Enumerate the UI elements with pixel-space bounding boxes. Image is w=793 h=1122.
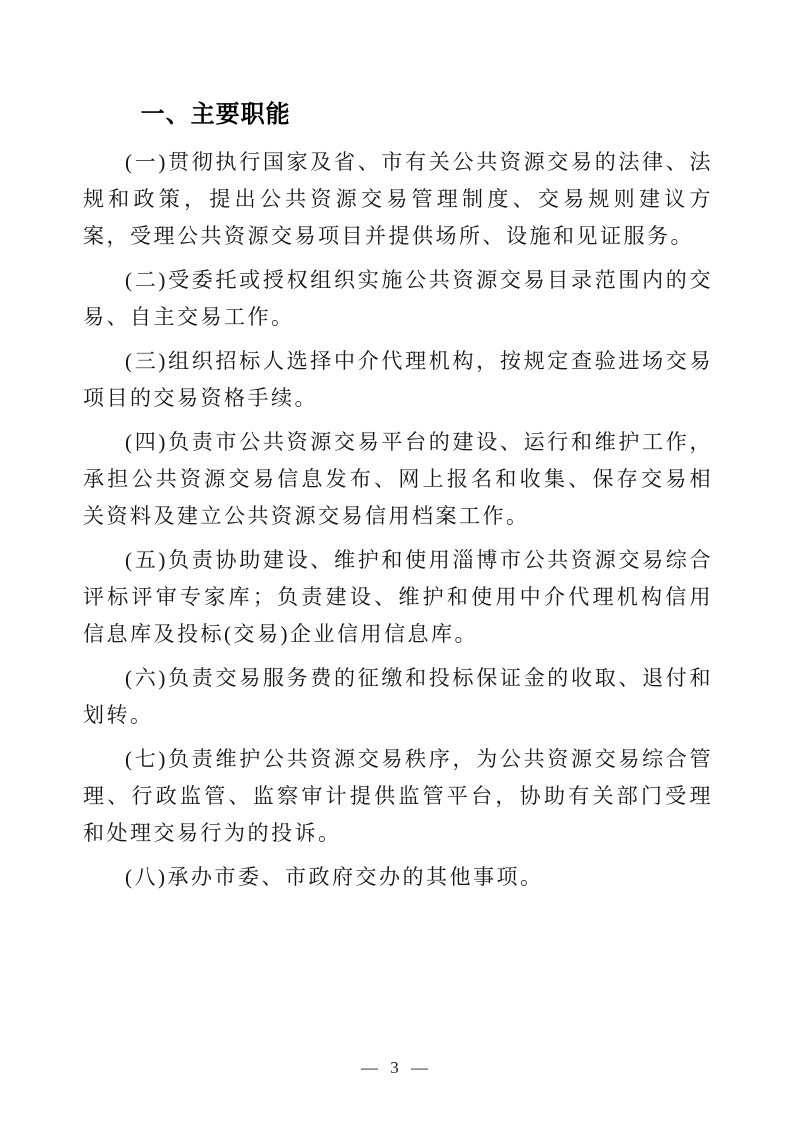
paragraph-1: (一)贯彻执行国家及省、市有关公共资源交易的法律、法规和政策，提出公共资源交易管…	[83, 144, 713, 255]
section-heading: 一、主要职能	[83, 100, 713, 130]
paragraph-6: (六)负责交易服务费的征缴和投标保证金的收取、退付和划转。	[83, 660, 713, 734]
document-page: 一、主要职能 (一)贯彻执行国家及省、市有关公共资源交易的法律、法规和政策，提出…	[0, 0, 793, 1122]
document-body: 一、主要职能 (一)贯彻执行国家及省、市有关公共资源交易的法律、法规和政策，提出…	[83, 100, 713, 903]
page-number: — 3 —	[0, 1058, 793, 1078]
paragraph-5: (五)负责协助建设、维护和使用淄博市公共资源交易综合评标评审专家库；负责建设、维…	[83, 542, 713, 653]
paragraph-7: (七)负责维护公共资源交易秩序，为公共资源交易综合管理、行政监管、监察审计提供监…	[83, 741, 713, 852]
paragraph-3: (三)组织招标人选择中介代理机构，按规定查验进场交易项目的交易资格手续。	[83, 343, 713, 417]
paragraph-2: (二)受委托或授权组织实施公共资源交易目录范围内的交易、自主交易工作。	[83, 262, 713, 336]
paragraph-4: (四)负责市公共资源交易平台的建设、运行和维护工作，承担公共资源交易信息发布、网…	[83, 424, 713, 535]
paragraph-8: (八)承办市委、市政府交办的其他事项。	[83, 859, 713, 896]
